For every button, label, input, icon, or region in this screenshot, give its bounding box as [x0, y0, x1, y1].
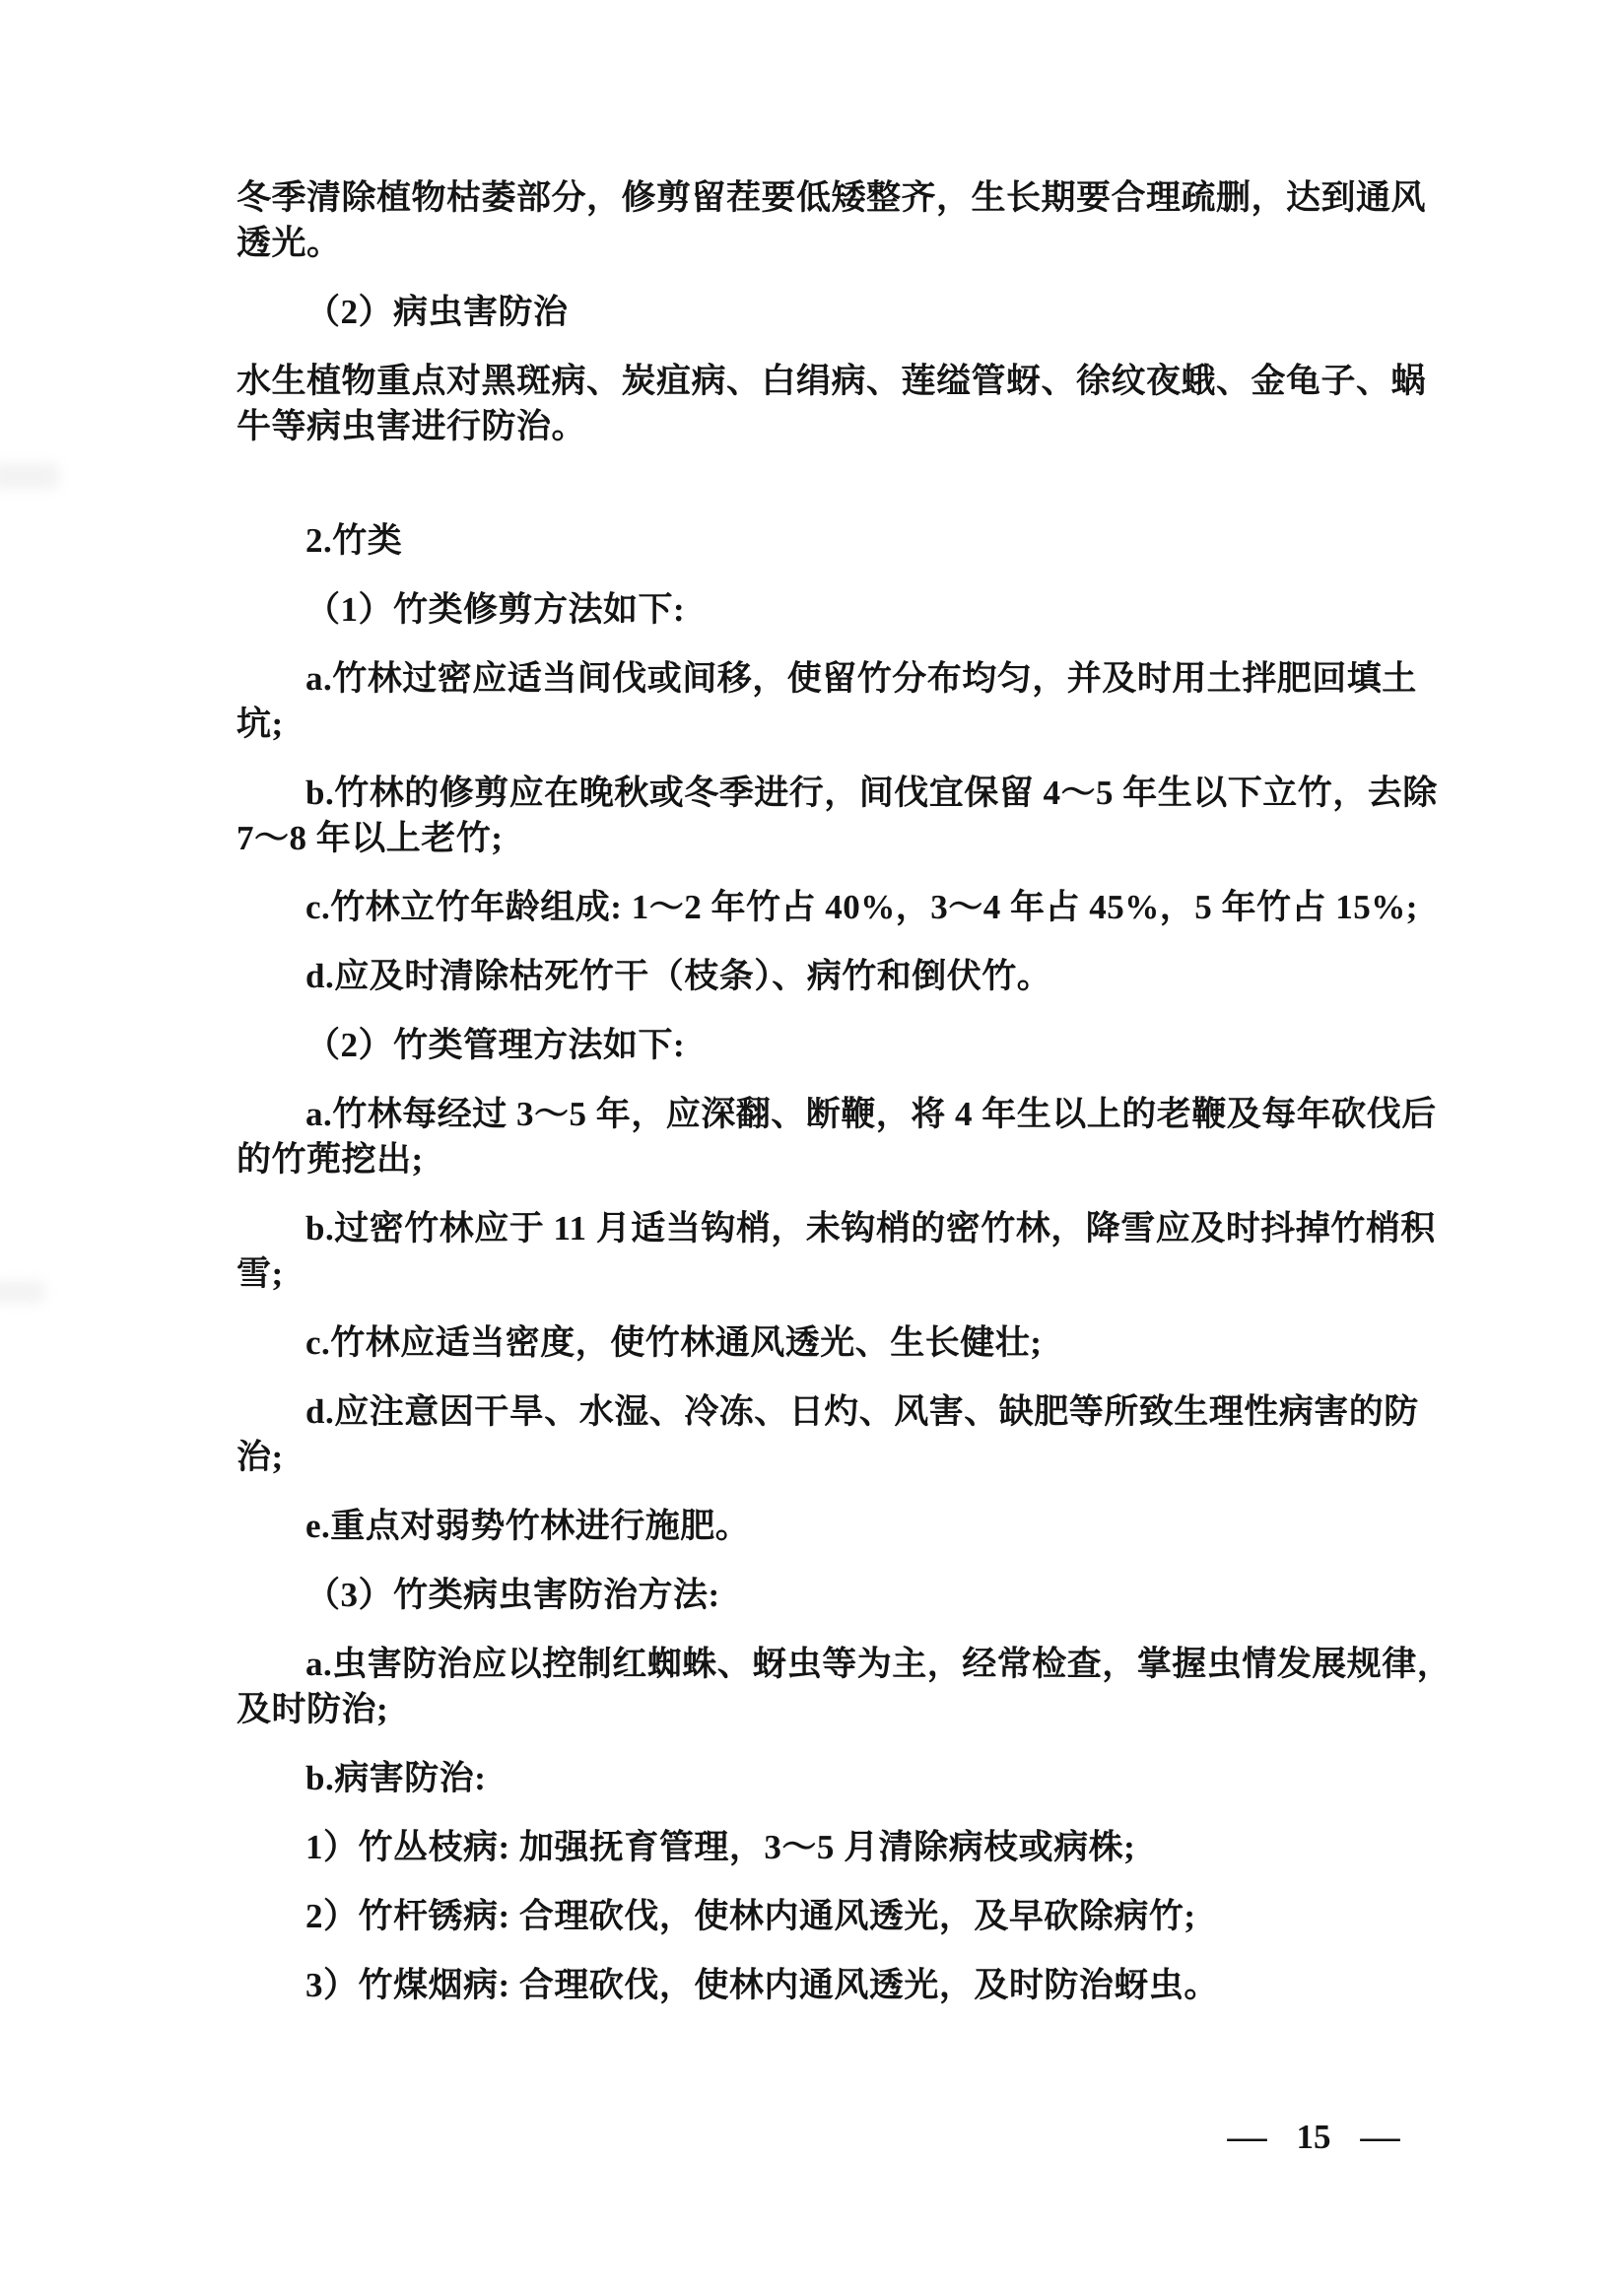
paragraph: d.应注意因干旱、水湿、冷冻、日灼、风害、缺肥等所致生理性病害的防治; [237, 1389, 1409, 1480]
paragraph: （2）病虫害防治 [237, 290, 1409, 335]
text-line: 牛等病虫害进行防治。 [237, 404, 1409, 449]
scan-smudge-artifact [0, 463, 59, 489]
text-line: （1）竹类修剪方法如下: [237, 587, 1409, 633]
paragraph: b.竹林的修剪应在晚秋或冬季进行，间伐宜保留 4～5 年生以下立竹，去除7～8 … [237, 771, 1409, 861]
text-line: 2）竹杆锈病: 合理砍伐，使林内通风透光，及早砍除病竹; [237, 1894, 1409, 1939]
text-line: 及时防治; [237, 1687, 1409, 1732]
paragraph: d.应及时清除枯死竹干（枝条）、病竹和倒伏竹。 [237, 954, 1409, 999]
text-line: b.竹林的修剪应在晚秋或冬季进行，间伐宜保留 4～5 年生以下立竹，去除 [237, 771, 1409, 816]
text-line: 1）竹丛枝病: 加强抚育管理，3～5 月清除病枝或病株; [237, 1825, 1409, 1870]
paragraph: c.竹林立竹年龄组成: 1～2 年竹占 40%，3～4 年占 45%，5 年竹占… [237, 885, 1409, 930]
text-line: 治; [237, 1435, 1409, 1480]
text-line: 坑; [237, 702, 1409, 747]
text-line: c.竹林立竹年龄组成: 1～2 年竹占 40%，3～4 年占 45%，5 年竹占… [237, 885, 1409, 930]
paragraph: （2）竹类管理方法如下: [237, 1023, 1409, 1068]
paragraph: a.竹林过密应适当间伐或间移，使留竹分布均匀，并及时用土拌肥回填土坑; [237, 656, 1409, 747]
text-line: a.竹林每经过 3～5 年，应深翻、断鞭，将 4 年生以上的老鞭及每年砍伐后 [237, 1092, 1409, 1137]
paragraph: b.过密竹林应于 11 月适当钩梢，未钩梢的密竹林，降雪应及时抖掉竹梢积雪; [237, 1206, 1409, 1297]
paragraph: 冬季清除植物枯萎部分，修剪留茬要低矮整齐，生长期要合理疏删，达到通风透光。 [237, 175, 1409, 266]
paragraph: a.竹林每经过 3～5 年，应深翻、断鞭，将 4 年生以上的老鞭及每年砍伐后的竹… [237, 1092, 1409, 1182]
page-number-value: 15 [1297, 2115, 1331, 2160]
page-number: — 15 — [1230, 2115, 1397, 2160]
paragraph: a.虫害防治应以控制红蜘蛛、蚜虫等为主，经常检查，掌握虫情发展规律，及时防治; [237, 1642, 1409, 1732]
paragraph: 3）竹煤烟病: 合理砍伐，使林内通风透光，及时防治蚜虫。 [237, 1963, 1409, 2008]
paragraph: 1）竹丛枝病: 加强抚育管理，3～5 月清除病枝或病株; [237, 1825, 1409, 1870]
paragraph: 2）竹杆锈病: 合理砍伐，使林内通风透光，及早砍除病竹; [237, 1894, 1409, 1939]
text-line: 水生植物重点对黑斑病、炭疽病、白绢病、莲缢管蚜、徐纹夜蛾、金龟子、蜗 [237, 359, 1409, 404]
text-line: e.重点对弱势竹林进行施肥。 [237, 1504, 1409, 1549]
paragraph: e.重点对弱势竹林进行施肥。 [237, 1504, 1409, 1549]
text-line: 7～8 年以上老竹; [237, 816, 1409, 861]
text-line: 透光。 [237, 221, 1409, 266]
text-line: 2.竹类 [237, 518, 1409, 564]
text-line: d.应及时清除枯死竹干（枝条）、病竹和倒伏竹。 [237, 954, 1409, 999]
page-number-dash-left: — [1227, 2115, 1266, 2160]
text-line: （3）竹类病虫害防治方法: [237, 1573, 1409, 1618]
scan-smudge-artifact [0, 1281, 45, 1303]
text-line: b.过密竹林应于 11 月适当钩梢，未钩梢的密竹林，降雪应及时抖掉竹梢积 [237, 1206, 1409, 1251]
text-line: b.病害防治: [237, 1756, 1409, 1801]
text-line: c.竹林应适当密度，使竹林通风透光、生长健壮; [237, 1320, 1409, 1366]
text-line: a.虫害防治应以控制红蜘蛛、蚜虫等为主，经常检查，掌握虫情发展规律， [237, 1642, 1409, 1687]
text-line: 的竹蔸挖出; [237, 1137, 1409, 1182]
paragraph: 2.竹类 [237, 518, 1409, 564]
text-line: 雪; [237, 1251, 1409, 1297]
text-line: （2）竹类管理方法如下: [237, 1023, 1409, 1068]
text-line: a.竹林过密应适当间伐或间移，使留竹分布均匀，并及时用土拌肥回填土 [237, 656, 1409, 702]
text-line: 冬季清除植物枯萎部分，修剪留茬要低矮整齐，生长期要合理疏删，达到通风 [237, 175, 1409, 221]
paragraph: c.竹林应适当密度，使竹林通风透光、生长健壮; [237, 1320, 1409, 1366]
paragraph: （3）竹类病虫害防治方法: [237, 1573, 1409, 1618]
text-line: 3）竹煤烟病: 合理砍伐，使林内通风透光，及时防治蚜虫。 [237, 1963, 1409, 2008]
paragraph: （1）竹类修剪方法如下: [237, 587, 1409, 633]
text-line: （2）病虫害防治 [237, 290, 1409, 335]
page-number-dash-right: — [1360, 2115, 1399, 2160]
document-page: 冬季清除植物枯萎部分，修剪留茬要低矮整齐，生长期要合理疏删，达到通风透光。（2）… [0, 0, 1624, 2293]
paragraph: 水生植物重点对黑斑病、炭疽病、白绢病、莲缢管蚜、徐纹夜蛾、金龟子、蜗牛等病虫害进… [237, 359, 1409, 449]
paragraph: b.病害防治: [237, 1756, 1409, 1801]
document-body: 冬季清除植物枯萎部分，修剪留茬要低矮整齐，生长期要合理疏删，达到通风透光。（2）… [237, 175, 1409, 2032]
text-line: d.应注意因干旱、水湿、冷冻、日灼、风害、缺肥等所致生理性病害的防 [237, 1389, 1409, 1435]
